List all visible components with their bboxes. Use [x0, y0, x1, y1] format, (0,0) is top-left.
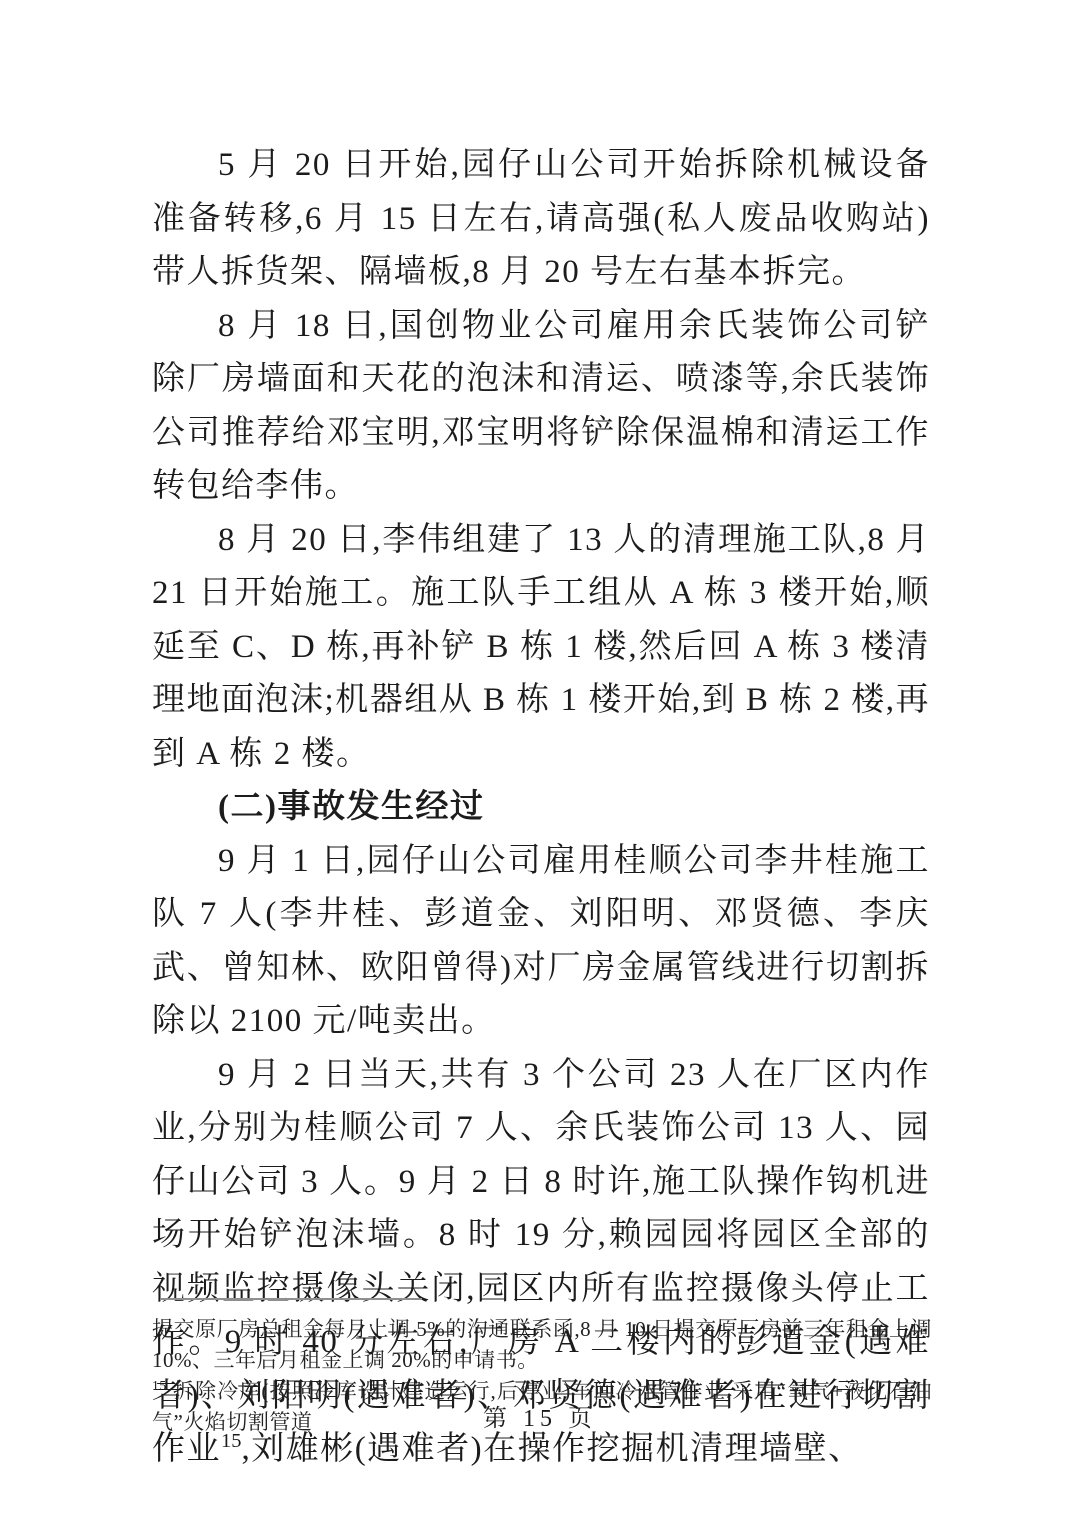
document-page: 5 月 20 日开始,园仔山公司开始拆除机械设备准备转移,6 月 15 日左右,… — [0, 0, 1080, 1528]
footnote-15-marker: 15 — [152, 1378, 167, 1393]
section-heading: (二)事故发生经过 — [152, 781, 930, 835]
paragraph-4: 9 月 1 日,园仔山公司雇用桂顺公司李井桂施工队 7 人(李井桂、彭道金、刘阳… — [152, 835, 930, 1049]
page-number: 第 15 页 — [0, 1398, 1080, 1433]
footnote-14-continuation: 提交原厂房总租金每月上调 5%的沟通联系函,8 月 10 日提交原厂房前三年租金… — [152, 1314, 932, 1376]
footnote-separator-rule — [160, 1298, 422, 1300]
paragraph-3: 8 月 20 日,李伟组建了 13 人的清理施工队,8 月 21 日开始施工。施… — [152, 514, 930, 782]
document-body: 5 月 20 日开始,园仔山公司开始拆除机械设备准备转移,6 月 15 日左右,… — [152, 139, 930, 1477]
paragraph-2: 8 月 18 日,国创物业公司雇用余氏装饰公司铲除厂房墙面和天花的泡沫和清运、喷… — [152, 300, 930, 514]
paragraph-1: 5 月 20 日开始,园仔山公司开始拆除机械设备准备转移,6 月 15 日左右,… — [152, 139, 930, 300]
